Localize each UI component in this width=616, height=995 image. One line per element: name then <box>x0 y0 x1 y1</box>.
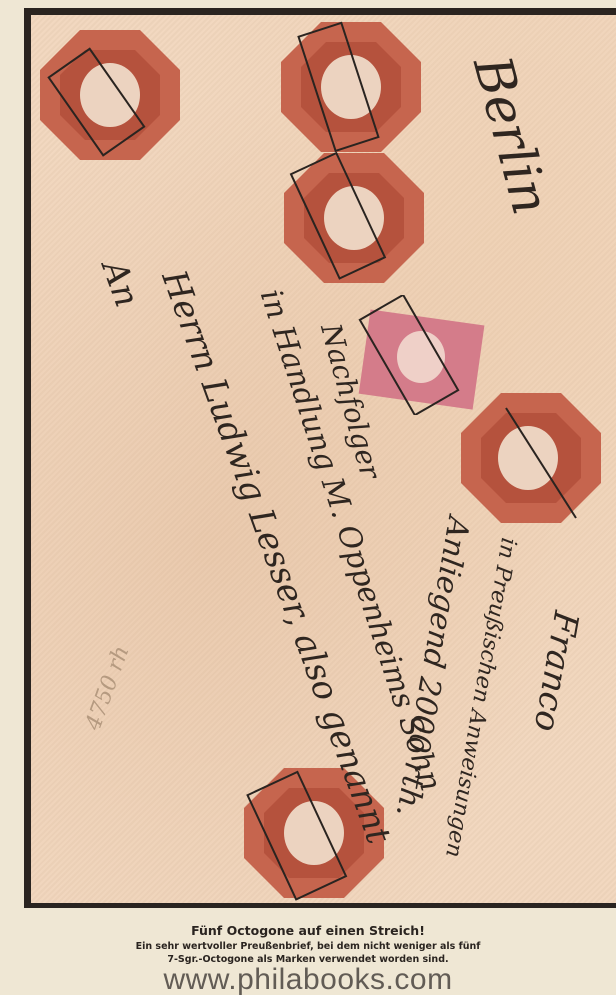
envelope: Berlin An Herrn Ludwig Lesser, also gena… <box>31 15 616 903</box>
caption-title: Fünf Octogone auf einen Streich! <box>0 923 616 938</box>
watermark: www.philabooks.com <box>0 963 616 995</box>
caption-line-1: Ein sehr wertvoller Preußenbrief, bei de… <box>0 941 616 952</box>
handwriting-salutation: An <box>93 255 146 312</box>
pencil-note: 4750 rh <box>81 643 134 734</box>
stamp-octagon-1 <box>35 25 185 165</box>
handwriting-destination: Berlin <box>461 50 561 221</box>
stamp-octagon-3 <box>279 148 429 288</box>
handwriting-line6: Franco <box>526 608 586 735</box>
stamp-octagon-4 <box>456 388 606 528</box>
stamp-octagon-2 <box>276 17 426 157</box>
